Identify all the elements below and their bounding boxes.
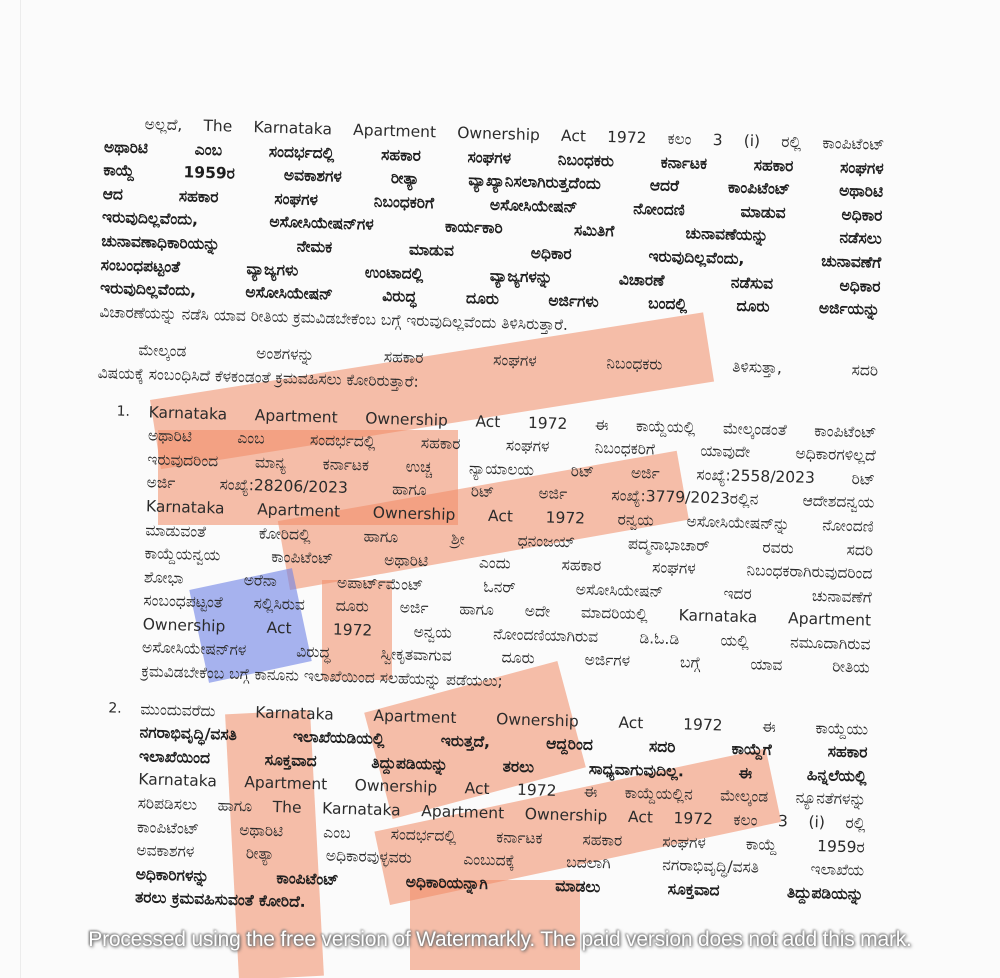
document-body: ಅಲ್ಲದೆ, The Karnataka Apartment Ownershi… (83, 112, 885, 930)
list-item-text: Karnataka Apartment Ownership Act 1972 ಈ… (141, 401, 877, 704)
list-number: 2. (108, 697, 122, 721)
page-edge (20, 0, 21, 978)
list-item: 2. ಮುಂದುವರೆದು Karnataka Apartment Owners… (83, 696, 869, 930)
list-item-text: ಮುಂದುವರೆದು Karnataka Apartment Ownership… (135, 698, 869, 931)
list-item: 1. Karnataka Apartment Ownership Act 197… (89, 399, 877, 704)
watermark-text: Processed using the free version of Wate… (0, 928, 1000, 952)
list-number: 1. (116, 400, 130, 424)
paragraph-intro: ಅಲ್ಲದೆ, The Karnataka Apartment Ownershi… (99, 112, 885, 346)
